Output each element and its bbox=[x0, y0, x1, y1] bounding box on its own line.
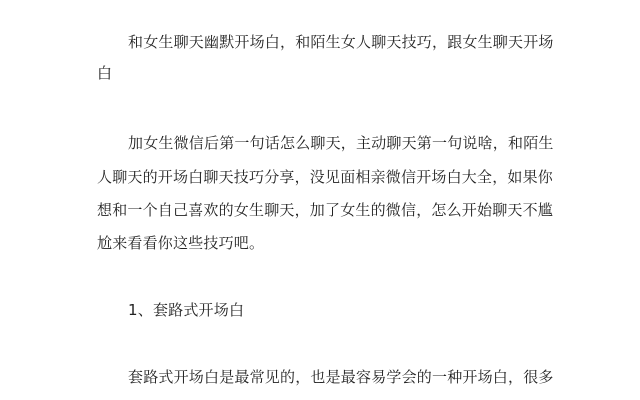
intro-line-1: 加女生微信后第一句话怎么聊天，主动聊天第一句说啥，和陌生 bbox=[128, 133, 554, 153]
section-line-1: 套路式开场白是最常见的，也是最容易学会的一种开场白，很多 bbox=[128, 367, 554, 387]
intro-line-2: 人聊天的开场白聊天技巧分享，没见面相亲微信开场白大全，如果你 bbox=[97, 167, 553, 187]
intro-line-3: 想和一个自己喜欢的女生聊天，加了女生的微信，怎么开始聊天不尴 bbox=[97, 200, 553, 220]
title-line-2: 白 bbox=[97, 63, 112, 83]
title-line-1: 和女生聊天幽默开场白，和陌生女人聊天技巧，跟女生聊天开场 bbox=[128, 32, 554, 52]
section-heading: 1、套路式开场白 bbox=[128, 300, 244, 320]
intro-line-4: 尬来看看你这些技巧吧。 bbox=[97, 233, 264, 253]
